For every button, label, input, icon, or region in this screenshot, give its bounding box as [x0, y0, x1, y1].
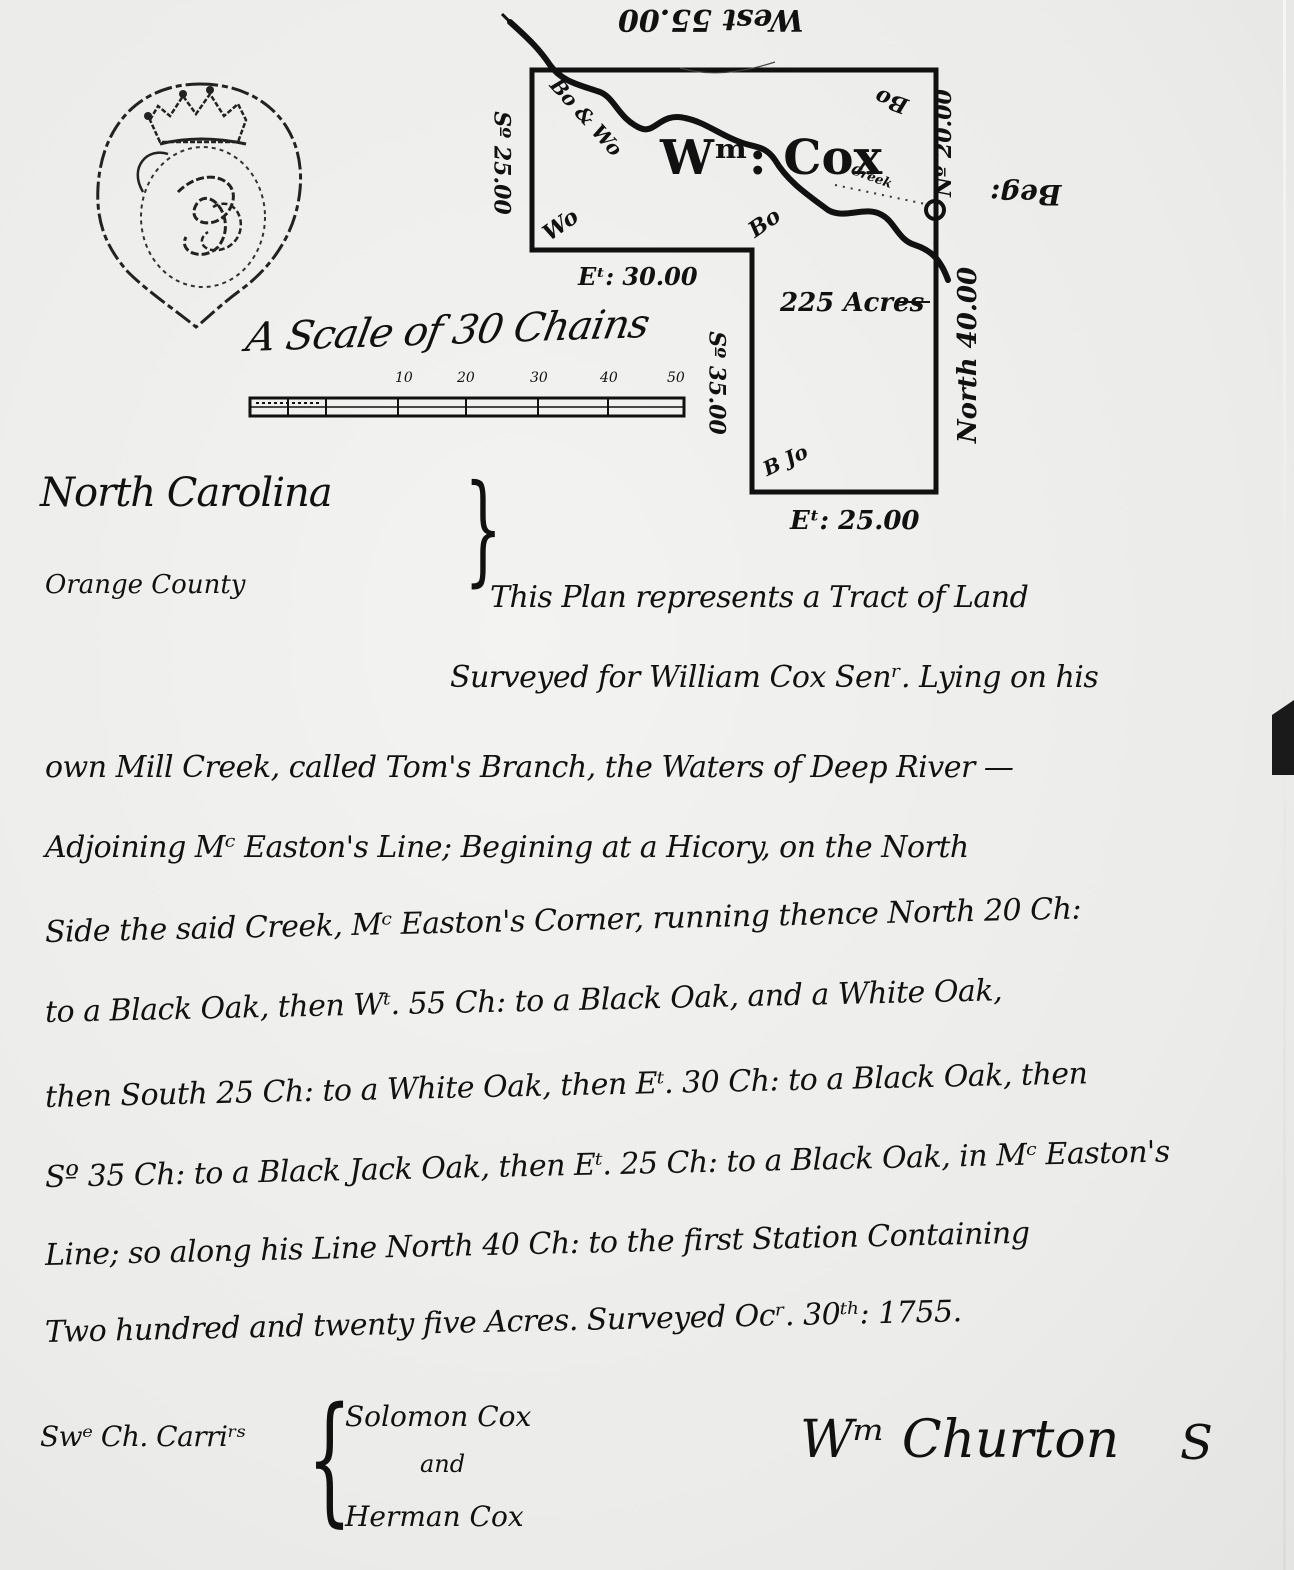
- inner-step-label: Eᵗ: 30.00: [578, 262, 698, 291]
- right-long-line-label: North 40.00: [953, 267, 983, 443]
- acreage-label: 225 Acres: [780, 288, 924, 318]
- body-line-2: Surveyed for William Cox Senʳ. Lying on …: [450, 660, 1098, 695]
- bottom-line-label: Eᵗ: 25.00: [790, 506, 920, 536]
- body-line-6: to a Black Oak, then Wᵗ. 55 Ch: to a Bla…: [45, 973, 1003, 1030]
- body-line-8: Sº 35 Ch: to a Black Jack Oak, then Eᵗ. …: [45, 1134, 1170, 1195]
- scale-tick: 50: [667, 370, 685, 386]
- body-line-5: Side the said Creek, Mᶜ Easton's Corner,…: [45, 891, 1082, 950]
- county-heading: Orange County: [45, 570, 245, 600]
- scale-tick: 10: [395, 370, 413, 386]
- scale-tick: 20: [457, 370, 475, 386]
- survey-plat-map: West 55.00 Bo & Wo Bo Wᵐ: Cox Creek Wo B…: [490, 0, 1010, 540]
- surveyor-signature-suffix: S: [1180, 1415, 1213, 1471]
- north-line-label: West 55.00: [618, 2, 803, 37]
- chain-carriers-and: and: [420, 1450, 465, 1478]
- body-line-7: then South 25 Ch: to a White Oak, then E…: [45, 1056, 1088, 1115]
- beginning-note-label: Beg:: [990, 178, 1061, 211]
- body-line-9: Line; so along his Line North 40 Ch: to …: [45, 1216, 1030, 1273]
- chain-carriers-label: Swᵉ Ch. Carriʳˢ: [40, 1420, 246, 1453]
- body-line-10: Two hundred and twenty five Acres. Surve…: [45, 1294, 962, 1350]
- state-heading: North Carolina: [40, 470, 332, 516]
- document-page: West 55.00 Bo & Wo Bo Wᵐ: Cox Creek Wo B…: [0, 0, 1294, 1570]
- scale-tick: 30: [530, 370, 548, 386]
- heading-brace: }: [464, 470, 502, 590]
- west-line-label: Sº 25.00: [489, 111, 515, 214]
- page-corner-tab: [1272, 700, 1294, 775]
- body-line-3: own Mill Creek, called Tom's Branch, the…: [45, 750, 1013, 785]
- chain-carrier-name-1: Solomon Cox: [345, 1400, 531, 1433]
- body-line-4: Adjoining Mᶜ Easton's Line; Begining at …: [45, 830, 969, 865]
- east-line-label: Nº 20.00: [931, 89, 957, 197]
- scale-tick: 40: [600, 370, 618, 386]
- body-line-1: This Plan represents a Tract of Land: [490, 580, 1028, 615]
- scale-bar: [248, 394, 688, 422]
- chain-carrier-name-2: Herman Cox: [345, 1500, 524, 1533]
- royal-seal-icon: [88, 72, 313, 332]
- inner-vertical-label: Sº 35.00: [704, 331, 730, 434]
- page-edge: [1283, 0, 1286, 1570]
- surveyor-signature: Wᵐ Churton: [800, 1410, 1119, 1470]
